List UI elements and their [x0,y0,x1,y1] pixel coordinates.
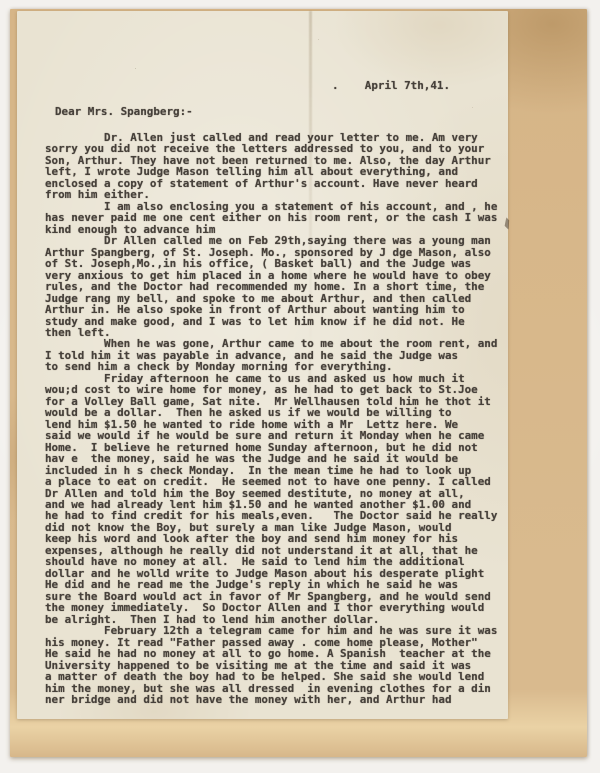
salutation: Dear Mrs. Spangberg:- [55,106,193,117]
scan-background: . April 7th,41. Dear Mrs. Spangberg:- Dr… [0,0,600,773]
letter-page: . April 7th,41. Dear Mrs. Spangberg:- Dr… [17,11,508,719]
letter-date: . April 7th,41. [332,80,450,91]
letter-body: Dr. Allen just called and read your lett… [45,132,497,705]
paper-speckles [17,11,18,12]
